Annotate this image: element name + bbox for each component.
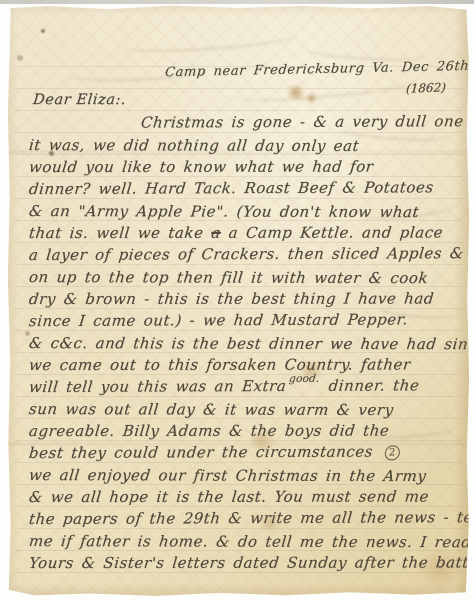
letter-text: that is. well we take (28, 224, 212, 242)
letter-line: the papers of the 29th & write me all th… (28, 506, 465, 530)
letter-line: Christmas is gone - & a very dull one (28, 110, 465, 134)
letter-year: (1862) (406, 80, 447, 95)
letter-text: it was, we did nothing all day only eat (28, 136, 360, 155)
letter-line: & we all hope it is the last. You must s… (28, 485, 465, 508)
letter-paper: Camp near Fredericksburg Va. Dec 26th (1… (7, 5, 470, 597)
letter-text: will tell you this was an Extra (28, 377, 287, 396)
letter-line: dinner? well. Hard Tack. Roast Beef & Po… (28, 176, 465, 200)
letter-text: sun was out all day & it was warm & very (28, 400, 395, 419)
letter-text: a Camp Kettle. and place (220, 223, 444, 241)
stain (285, 85, 307, 100)
inserted-word: good. (288, 373, 320, 385)
letter-text: since I came out.) - we had Mustard Pepp… (28, 310, 409, 330)
ghost-writing-stroke (125, 25, 298, 56)
letter-line: that is. well we take a a Camp Kettle. a… (28, 221, 465, 244)
letter-text: Christmas is gone - & a very dull one (140, 112, 464, 131)
letter-text: we came out to this forsaken Country. fa… (28, 355, 412, 374)
letter-body: Christmas is gone - & a very dull oneit … (29, 112, 464, 574)
letter-line: agreeable. Billy Adams & the boys did th… (28, 419, 465, 442)
letter-text: dinner? well. Hard Tack. Roast Beef & Po… (28, 178, 435, 198)
letter-text: dinner. the (320, 376, 420, 394)
stain (305, 93, 318, 104)
letter-text: best they could under the circumstances (28, 442, 382, 462)
letter-text: we all enjoyed our first Christmas in th… (28, 466, 427, 485)
letter-line: will tell you this was an Extragood. din… (28, 374, 465, 398)
letter-text: & c&c. and this is the best dinner we ha… (28, 334, 474, 353)
letter-line: me if father is home. & do tell me the n… (28, 530, 465, 553)
letter-dateline: Camp near Fredericksburg Va. Dec 26th (164, 59, 469, 80)
letter-text: & we all hope it is the last. You must s… (28, 487, 430, 506)
letter-text: a layer of pieces of Crackers. then slic… (28, 244, 474, 264)
letter-line: a layer of pieces of Crackers. then slic… (28, 242, 465, 266)
stain (41, 29, 45, 33)
letter-line: dry & brown - this is the best thing I h… (28, 287, 465, 310)
letter-line: best they could under the circumstances … (28, 440, 465, 464)
stain (17, 55, 23, 61)
letter-line: on up to the top then fill it with water… (28, 266, 465, 289)
letter-text: would you like to know what we had for (28, 158, 374, 176)
letter-text: dry & brown - this is the best thing I h… (28, 289, 435, 308)
letter-line: & an "Army Apple Pie". (You don't know w… (28, 200, 465, 223)
letter-text: the papers of the 29th & write me all th… (28, 508, 474, 528)
letter-line: we all enjoyed our first Christmas in th… (28, 464, 465, 487)
letter-line: we came out to this forsaken Country. fa… (28, 353, 465, 376)
letter-text: me if father is home. & do tell me the n… (28, 532, 472, 551)
letter-text: agreeable. Billy Adams & the boys did th… (28, 421, 390, 440)
letter-line: Yours & Sister's letters dated Sunday af… (28, 551, 465, 574)
circled-mark: 2 (384, 445, 401, 460)
letter-text: Yours & Sister's letters dated Sunday af… (28, 553, 474, 572)
letter-salutation: Dear Eliza:. (32, 92, 127, 108)
scan-area: Camp near Fredericksburg Va. Dec 26th (1… (0, 0, 474, 600)
scanner-edge (0, 0, 474, 4)
letter-line: it was, we did nothing all day only eat (28, 134, 465, 157)
letter-text: on up to the top then fill it with water… (28, 268, 429, 287)
letter-line: would you like to know what we had for (28, 155, 465, 178)
letter-text: & an "Army Apple Pie". (You don't know w… (28, 202, 420, 221)
letter-line: sun was out all day & it was warm & very (28, 398, 465, 421)
letter-line: & c&c. and this is the best dinner we ha… (28, 332, 465, 355)
letter-line: since I came out.) - we had Mustard Pepp… (28, 308, 465, 332)
